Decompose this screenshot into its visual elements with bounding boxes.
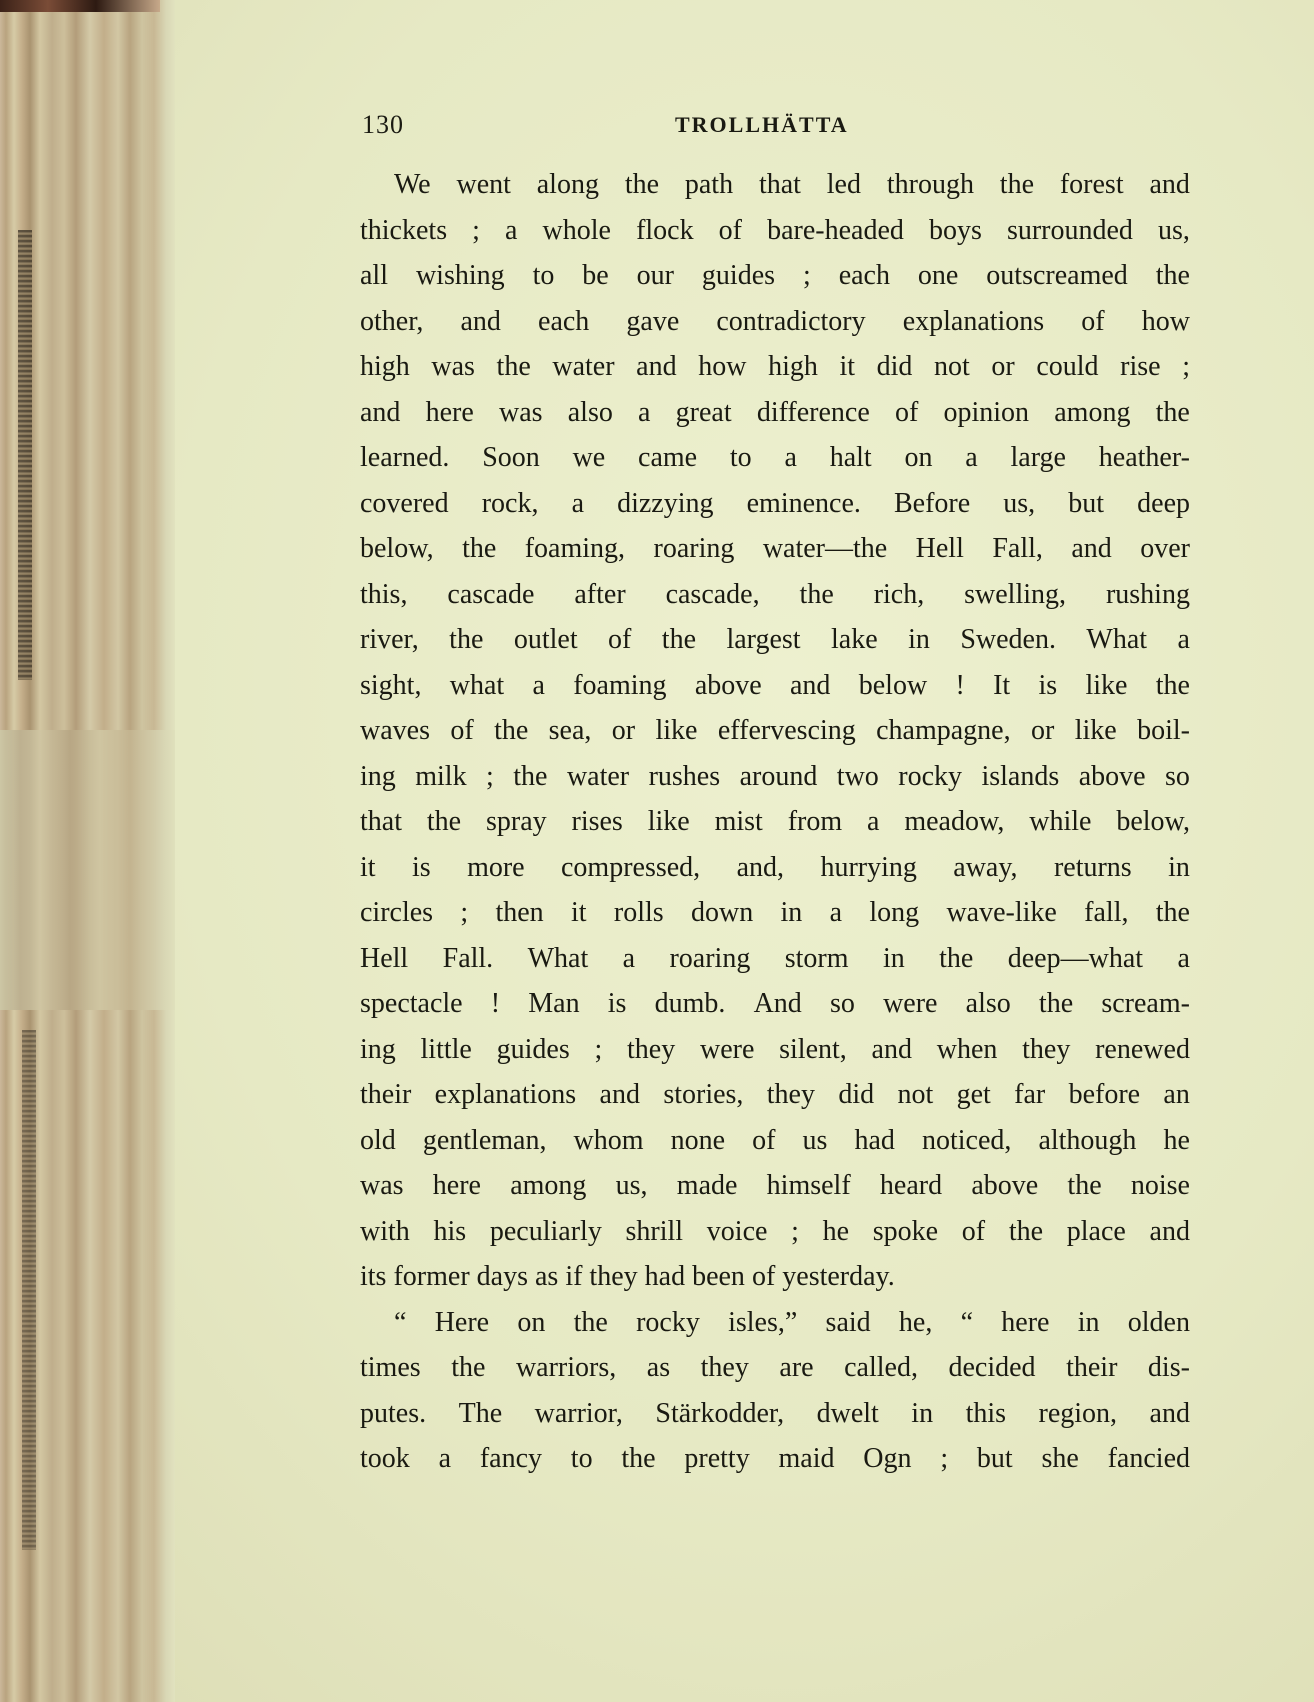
word: our [637,253,674,299]
word: what [450,663,504,709]
word: a [1178,617,1190,663]
word: it [571,890,587,936]
word: when [937,1027,998,1073]
word: could [1036,344,1098,390]
text-line: “Hereontherockyisles,”saidhe,“hereinolde… [360,1300,1190,1346]
word: pretty [684,1436,749,1482]
word: the [1000,162,1034,208]
body-text: Wewentalongthepaththatledthroughthefores… [360,162,1190,1482]
word: a [965,435,977,481]
word: above [695,663,762,709]
word: were [883,981,937,1027]
word: voice [707,1209,768,1255]
word: ; [1182,344,1190,390]
word: warrior, [535,1391,623,1437]
word: been [692,1254,752,1300]
word: the [451,1345,485,1391]
word: be [582,253,608,299]
word: whom [574,1118,644,1164]
word: not [934,344,970,390]
word: in [883,936,905,982]
text-line: circles;thenitrollsdowninalongwave-likef… [360,890,1190,936]
word: sight, [360,663,421,709]
word: and [1149,162,1189,208]
word: Hell [916,526,964,572]
word: largest [726,617,800,663]
word: to [571,1436,593,1482]
word: it [839,344,855,390]
word: We [394,162,431,208]
word: before [1069,1072,1141,1118]
word: although [1038,1118,1136,1164]
word: from [788,799,842,845]
word: he [1164,1118,1190,1164]
word: to [533,253,555,299]
word: What [1086,617,1147,663]
word: the [1009,1209,1043,1255]
word: difference [757,390,870,436]
word: boys [929,208,982,254]
text-line: highwasthewaterandhowhighitdidnotorcould… [360,344,1190,390]
word: decided [948,1345,1035,1391]
word: ! [491,981,500,1027]
text-line: andherewasalsoagreatdifferenceofopiniona… [360,390,1190,436]
word: “ [961,1300,973,1346]
word: dizzying [617,481,713,527]
word: of [1081,299,1104,345]
word: “ [394,1300,406,1346]
word: were [700,1027,754,1073]
word: and [1150,1209,1190,1255]
word: one [918,253,958,299]
word: far [1014,1072,1045,1118]
word: had [645,1254,692,1300]
word: they [701,1345,749,1391]
word: ; [472,208,480,254]
word: and [1071,526,1111,572]
text-line: below,thefoaming,roaringwater—theHellFal… [360,526,1190,572]
word: returns [1054,845,1132,891]
word: flock [636,208,694,254]
page-edge-marks-lower [22,1030,36,1550]
word: of [895,390,918,436]
word: how [1142,299,1190,345]
word: like [656,708,698,754]
word: us [802,1118,827,1164]
word: a [533,663,545,709]
word: in [911,1391,933,1437]
word: water [552,344,614,390]
text-line: withhispeculiarlyshrillvoice;hespokeofth… [360,1209,1190,1255]
word: ing [360,1027,396,1073]
word: the [513,754,547,800]
word: a [638,390,650,436]
word: a [867,799,879,845]
word: times [360,1345,421,1391]
text-line: thatthesprayriseslikemistfromameadow,whi… [360,799,1190,845]
word: away, [953,845,1017,891]
word: but [1068,481,1104,527]
word: on [517,1300,545,1346]
word: in [1168,845,1190,891]
word: also [568,390,613,436]
word: swelling, [964,572,1066,618]
word: heather- [1099,435,1190,481]
word: silent, [779,1027,847,1073]
word: explanations [903,299,1045,345]
word: the [1156,390,1190,436]
word: Sweden. [960,617,1056,663]
word: on [904,435,932,481]
word: in [908,617,930,663]
text-line: sight,whatafoamingaboveandbelow!Itislike… [360,663,1190,709]
text-line: itismorecompressed,and,hurryingaway,retu… [360,845,1190,891]
word: milk [415,754,466,800]
word: then [495,890,543,936]
word: she [1041,1436,1078,1482]
word: high [360,344,410,390]
word: high [768,344,818,390]
word: outlet [514,617,578,663]
word: below, [1116,799,1190,845]
word: also [966,981,1011,1027]
word: circles [360,890,433,936]
word: the [625,162,659,208]
word: the [449,617,483,663]
word: waves [360,708,430,754]
word: champagne, [876,708,1011,754]
word: contradictory [716,299,865,345]
word: of [962,1209,985,1255]
word: to [730,435,752,481]
word: is [412,845,431,891]
word: they [627,1027,675,1073]
word: forest [1060,162,1124,208]
text-line: spectacle!Manisdumb.Andsowerealsothescre… [360,981,1190,1027]
word: they [1022,1027,1070,1073]
word: noise [1131,1163,1190,1209]
text-line: tookafancytotheprettymaidOgn;butshefanci… [360,1436,1190,1482]
word: a [439,1436,451,1482]
word: all [360,253,388,299]
word: noticed, [922,1118,1011,1164]
word: a [830,890,842,936]
word: cascade, [666,572,760,618]
word: the [1039,981,1073,1027]
word: ; [803,253,811,299]
word: a [784,435,796,481]
word: effervescing [718,708,856,754]
word: spoke [873,1209,938,1255]
word: a [505,208,517,254]
word: among [510,1163,586,1209]
word: the [494,708,528,754]
word: along [537,162,599,208]
word: fall, [1084,890,1128,936]
word: above [971,1163,1038,1209]
spine-top-edge [0,0,160,12]
word: And [754,981,802,1027]
word: or [991,344,1014,390]
word: maid [779,1436,835,1482]
word: like [648,799,690,845]
word: its [360,1254,393,1300]
word: the [1067,1163,1101,1209]
word: dwelt [817,1391,879,1437]
word: mist [715,799,763,845]
text-line: this,cascadeaftercascade,therich,swellin… [360,572,1190,618]
word: region, [1039,1391,1118,1437]
word: over [1140,526,1190,572]
word: rushing [1106,572,1190,618]
word: spray [486,799,547,845]
word: guides [497,1027,570,1073]
word: warriors, [516,1345,616,1391]
word: foaming [573,663,666,709]
text-line: other,andeachgavecontradictoryexplanatio… [360,299,1190,345]
word: islands [981,754,1059,800]
word: river, [360,617,419,663]
word: so [1165,754,1190,800]
word: of [719,208,742,254]
word: he [823,1209,849,1255]
word: this, [360,572,407,618]
word: said [826,1300,871,1346]
word: rocky [898,754,962,800]
word: great [676,390,732,436]
word: the [1156,663,1190,709]
word: was [360,1163,404,1209]
book-page: 130 TROLLHÄTTA Wewentalongthepaththatled… [360,100,1190,150]
word: gave [626,299,679,345]
word: Ogn [863,1436,911,1482]
word: we [573,435,606,481]
word: around [740,754,818,800]
word: olden [1128,1300,1190,1346]
word: of [752,1254,782,1300]
word: boil- [1137,708,1190,754]
word: the [662,617,696,663]
word: other, [360,299,423,345]
word: and [790,663,830,709]
text-line: learned.Soonwecametoahaltonalargeheather… [360,435,1190,481]
text-line: thickets;awholeflockofbare-headedboyssur… [360,208,1190,254]
word: surrounded [1007,208,1133,254]
word: but [977,1436,1013,1482]
word: covered [360,481,449,527]
word: of [752,1118,775,1164]
word: and [461,299,501,345]
word: a [1177,936,1189,982]
text-line: inglittleguides;theyweresilent,andwhenth… [360,1027,1190,1073]
word: scream- [1101,981,1190,1027]
text-line: Wewentalongthepaththatledthroughthefores… [360,162,1190,208]
word: Man [528,981,579,1027]
text-line: theirexplanationsandstories,theydidnotge… [360,1072,1190,1118]
word: or [1031,708,1054,754]
word: large [1011,435,1066,481]
word: little [421,1027,472,1073]
word: of [450,708,473,754]
word: and [360,390,400,436]
word: they [767,1072,815,1118]
word: with [360,1209,410,1255]
word: here [1001,1300,1049,1346]
word: wishing [416,253,505,299]
word: in [1078,1300,1100,1346]
word: in [781,890,803,936]
word: The [459,1391,503,1437]
word: while [1029,799,1091,845]
word: storm [785,936,849,982]
word: isles,” [728,1300,797,1346]
word: down [691,890,753,936]
text-line: oldgentleman,whomnoneofushadnoticed,alth… [360,1118,1190,1164]
word: an [1163,1072,1189,1118]
word: the [462,526,496,572]
word: bare-headed [767,208,904,254]
word: through [887,162,974,208]
word: roaring [654,526,735,572]
word: Here [435,1300,489,1346]
word: ; [791,1209,799,1255]
word: their [1066,1345,1117,1391]
word: wave-like [946,890,1056,936]
word: below, [360,526,434,572]
word: rocky [636,1300,700,1346]
book-spine-page-edges [0,0,175,1702]
word: rock, [482,481,539,527]
text-line: timesthewarriors,astheyarecalled,decided… [360,1345,1190,1391]
word: as [535,1254,565,1300]
word: path [685,162,733,208]
word: so [830,981,855,1027]
word: yesterday. [782,1254,894,1300]
word: called, [844,1345,918,1391]
text-line: HellFall.Whataroaringstorminthedeep—what… [360,936,1190,982]
word: days [477,1254,535,1300]
word: ; [594,1027,602,1073]
word: ; [940,1436,948,1482]
text-line: river,theoutletofthelargestlakeinSweden.… [360,617,1190,663]
word: It [993,663,1010,709]
word: this [966,1391,1006,1437]
word: and [600,1072,640,1118]
word: deep—what [1008,936,1143,982]
word: of [608,617,631,663]
word: halt [830,435,872,481]
page-edge-band [0,730,175,1010]
word: or [612,708,635,754]
word: ; [486,754,494,800]
word: Soon [482,435,540,481]
word: led [827,162,861,208]
word: a [572,481,584,527]
word: us, [616,1163,648,1209]
word: more [467,845,525,891]
word: What [528,936,589,982]
word: thickets [360,208,447,254]
word: the [497,344,531,390]
word: ; [460,890,468,936]
word: putes. [360,1391,426,1437]
word: it [360,845,376,891]
text-line: allwishingtobeourguides;eachoneoutscream… [360,253,1190,299]
word: their [360,1072,411,1118]
word: as [647,1345,670,1391]
word: shrill [626,1209,684,1255]
page-edge-marks-upper [18,230,32,680]
word: compressed, [561,845,700,891]
word: dis- [1148,1345,1190,1391]
word: himself [767,1163,851,1209]
word: former [393,1254,476,1300]
word: explanations [435,1072,577,1118]
word: rich, [874,572,925,618]
text-line: putes.Thewarrior,Stärkodder,dweltinthisr… [360,1391,1190,1437]
word: whole [543,208,611,254]
word: did [838,1072,874,1118]
word: water—the [763,526,887,572]
word: the [427,799,461,845]
word: gentleman, [423,1118,547,1164]
word: how [698,344,746,390]
word: Stärkodder, [655,1391,784,1437]
word: Before [894,481,970,527]
word: and [1150,1391,1190,1437]
word: lake [831,617,878,663]
word: had [854,1118,894,1164]
word: was [431,344,475,390]
word: none [671,1118,725,1164]
word: fancied [1108,1436,1190,1482]
word: rise [1120,344,1160,390]
paragraph-2: “Hereontherockyisles,”saidhe,“hereinolde… [360,1300,1190,1482]
paragraph-1: Wewentalongthepaththatledthroughthefores… [360,162,1190,1300]
word: dumb. [655,981,726,1027]
word: spectacle [360,981,463,1027]
word: is [1039,663,1058,709]
word: ! [955,663,964,709]
word: peculiarly [490,1209,602,1255]
word: Fall, [992,526,1043,572]
word: below [859,663,927,709]
word: rolls [614,890,664,936]
word: heard [880,1163,942,1209]
word: came [638,435,697,481]
word: if [565,1254,589,1300]
word: and, [737,845,784,891]
word: us, [1003,481,1035,527]
text-line: coveredrock,adizzyingeminence.Beforeus,b… [360,481,1190,527]
word: us, [1158,208,1190,254]
word: and [872,1027,912,1073]
word: among [1054,390,1130,436]
word: cascade [447,572,534,618]
word: ing [360,754,396,800]
word: renewed [1095,1027,1190,1073]
running-title: TROLLHÄTTA [675,112,849,138]
word: learned. [360,435,449,481]
word: he, [899,1300,932,1346]
word: that [360,799,402,845]
word: like [1085,663,1127,709]
text-line: ingmilk;thewaterrushesaroundtworockyisla… [360,754,1190,800]
word: went [456,162,510,208]
word: took [360,1436,410,1482]
word: a [623,936,635,982]
word: place [1067,1209,1126,1255]
